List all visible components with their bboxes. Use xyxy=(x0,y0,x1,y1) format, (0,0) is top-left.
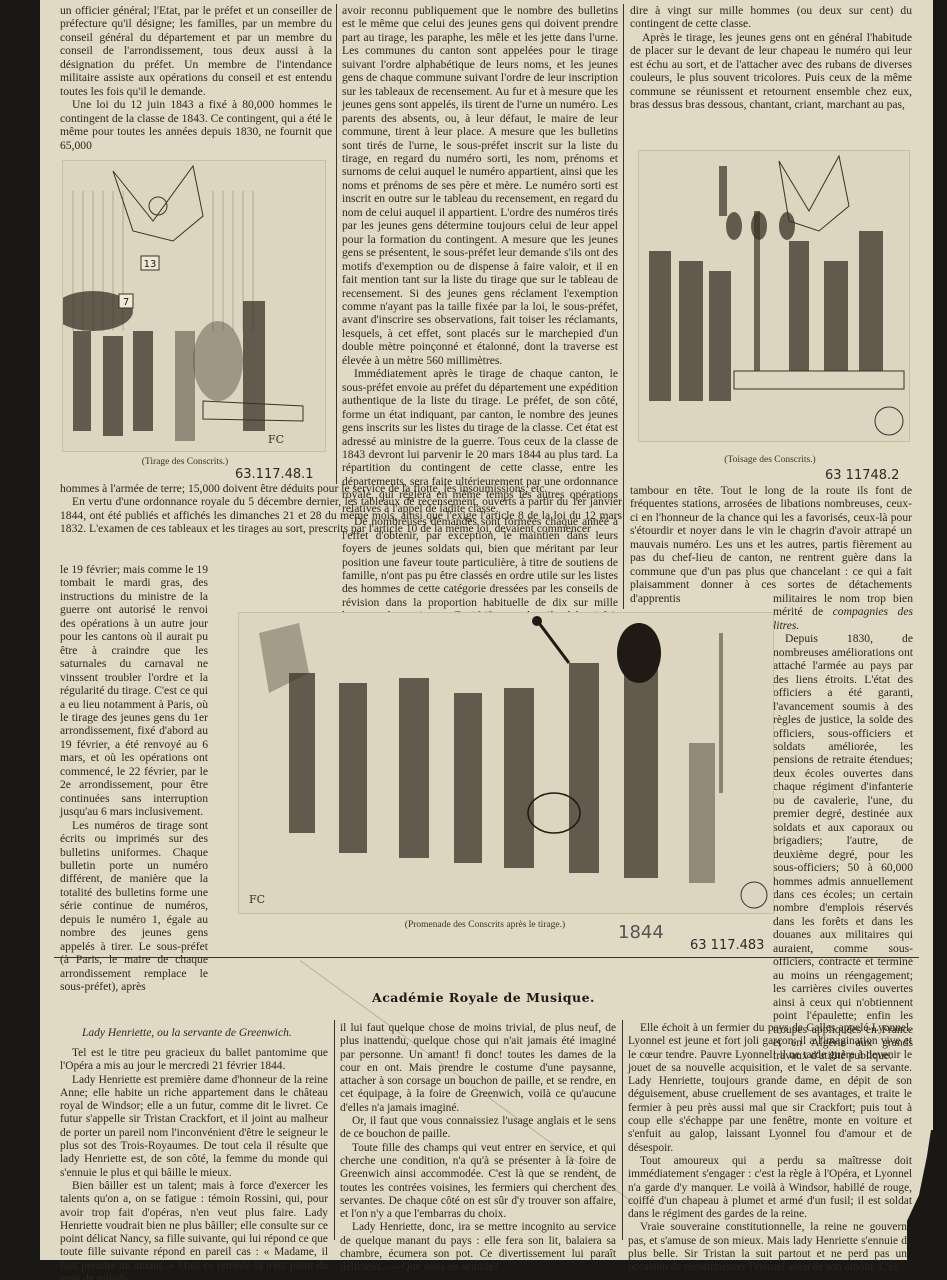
column-2: avoir reconnu publiquement que le nombre… xyxy=(342,4,618,677)
paragraph: Or, il faut que vous connaissiez l'usage… xyxy=(340,1115,616,1142)
svg-text:FC: FC xyxy=(268,433,284,446)
paragraph: Immédiatement après le tirage de chaque … xyxy=(342,367,618,515)
paragraph: Une loi du 12 juin 1843 a fixé à 80,000 … xyxy=(60,98,332,152)
column-divider xyxy=(336,4,337,484)
paragraph: il lui faut quelque chose de moins trivi… xyxy=(340,1022,616,1115)
column-divider xyxy=(622,1020,623,1240)
section-title: Académie Royale de Musique. xyxy=(372,990,595,1005)
paragraph: Lady Henriette, donc, ira se mettre inco… xyxy=(340,1221,616,1274)
paragraph: Elle échoit à un fermier du pays de Gall… xyxy=(628,1022,912,1155)
column-divider xyxy=(334,1020,335,1240)
inventory-number-fig2: 63 11748.2 xyxy=(825,468,899,483)
paragraph: dire à vingt sur mille hommes (ou deux s… xyxy=(630,4,912,31)
column-divider xyxy=(623,4,624,609)
paragraph: Depuis 1830, de nombreuses améliorations… xyxy=(773,632,913,1063)
paragraph: Après le tirage, les jeunes gens ont en … xyxy=(630,31,912,112)
column-1-narrow: le 19 février; mais comme le 19 tombait … xyxy=(60,563,208,994)
paragraph: Bien bâiller est un talent; mais à force… xyxy=(60,1180,328,1280)
illustration-tirage-des-conscrits: 13 7 FC xyxy=(62,160,326,452)
paragraph: militaires le nom trop bien mérité de co… xyxy=(773,592,913,632)
caption-fig3: (Promenade des Conscrits après le tirage… xyxy=(385,920,585,930)
caption-fig1: (Tirage des Conscrits.) xyxy=(110,457,260,467)
column-3-top: dire à vingt sur mille hommes (ou deux s… xyxy=(630,4,912,112)
paragraph: Tel est le titre peu gracieux du ballet … xyxy=(60,1047,328,1074)
paragraph: le 19 février; mais comme le 19 tombait … xyxy=(60,563,208,819)
column-3-after-figure: tambour en tête. Tout le long de la rout… xyxy=(630,484,912,605)
handwritten-year: 1844 xyxy=(618,922,664,943)
paragraph: tambour en tête. Tout le long de la rout… xyxy=(630,484,912,605)
caption-fig2: (Toisage des Conscrits.) xyxy=(695,455,845,465)
svg-text:13: 13 xyxy=(144,259,157,270)
paragraph: un officier général; l'Etat, par le préf… xyxy=(60,4,332,98)
inventory-number-fig3: 63 117.483 xyxy=(690,938,764,953)
newspaper-page: un officier général; l'Etat, par le préf… xyxy=(40,0,933,1260)
paragraph: Les numéros de tirage sont écrits ou imp… xyxy=(60,819,208,994)
paragraph: Vraie souveraine constitutionnelle, la r… xyxy=(628,1221,912,1274)
illustration-toisage-des-conscrits xyxy=(638,150,910,442)
section-divider xyxy=(54,957,919,958)
svg-text:FC: FC xyxy=(249,893,265,906)
inventory-number-fig1: 63.117.48.1 xyxy=(235,467,314,482)
svg-text:7: 7 xyxy=(123,297,129,308)
column-3-narrow: militaires le nom trop bien mérité de co… xyxy=(773,592,913,1063)
article-subtitle: Lady Henriette, ou la servante de Greenw… xyxy=(82,1027,292,1039)
paragraph: Lady Henriette est première dame d'honne… xyxy=(60,1074,328,1180)
paragraph: Toute fille des champs qui veut entrer e… xyxy=(340,1142,616,1222)
paragraph: Tout amoureux qui a perdu sa maîtresse d… xyxy=(628,1155,912,1221)
bottom-column-2: il lui faut quelque chose de moins trivi… xyxy=(340,1022,616,1275)
column-1-top: un officier général; l'Etat, par le préf… xyxy=(60,4,332,152)
illustration-promenade-des-conscrits: FC xyxy=(238,612,774,914)
bottom-column-1: Tel est le titre peu gracieux du ballet … xyxy=(60,1047,328,1280)
paragraph: avoir reconnu publiquement que le nombre… xyxy=(342,4,618,367)
bottom-column-3: Elle échoit à un fermier du pays de Gall… xyxy=(628,1022,912,1275)
